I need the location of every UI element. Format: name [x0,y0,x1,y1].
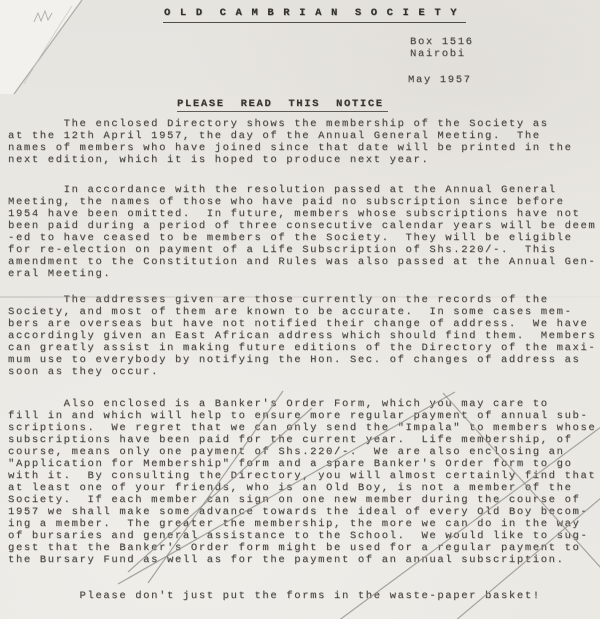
notice-heading: PLEASE READ THIS NOTICE [177,98,388,112]
fold-inner-crease [24,6,72,84]
scanned-letter-page: O L D C A M B R I A N S O C I E T Y Box … [0,0,600,619]
pencil-scribble-mark [34,11,52,22]
fold-flap [0,0,82,94]
paragraph-bankers-order: Also enclosed is a Banker's Order Form, … [8,398,596,566]
address-box-number: Box 1516 [410,36,474,48]
folded-corner [0,0,140,110]
page-title: O L D C A M B R I A N S O C I E T Y [163,7,466,23]
paragraph-addresses: The addresses given are those currently … [8,294,596,378]
letter-date: May 1957 [408,74,472,86]
paragraph-subscriptions: In accordance with the resolution passed… [8,184,596,280]
fold-crease-line [14,0,82,94]
address-city: Nairobi [410,48,466,60]
closing-line: Please don't just put the forms in the w… [8,590,541,602]
paragraph-directory: The enclosed Directory shows the members… [8,118,573,166]
